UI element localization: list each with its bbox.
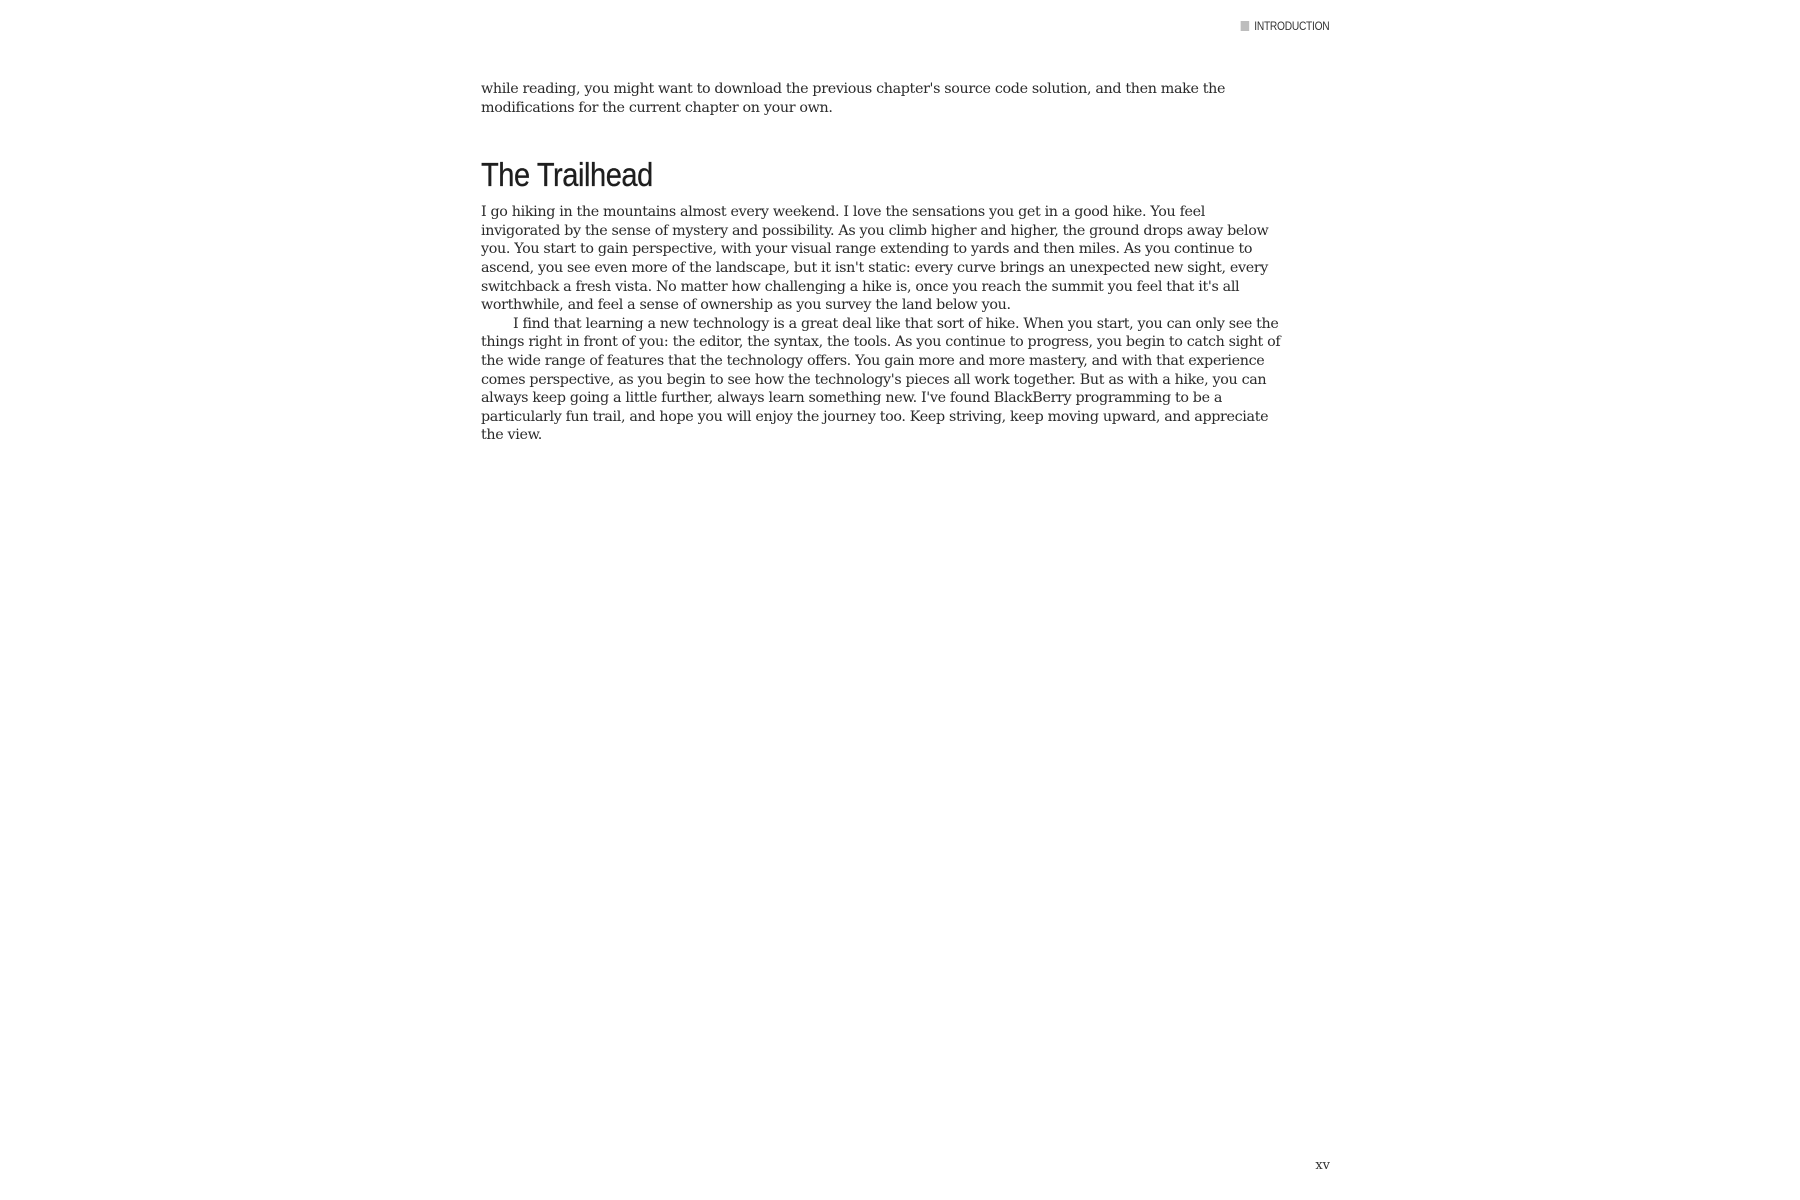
running-header-title: INTRODUCTION [1254, 19, 1329, 33]
body-paragraph: I go hiking in the mountains almost ever… [481, 203, 1331, 315]
header-square-icon [1240, 21, 1249, 31]
running-header: INTRODUCTION [1240, 19, 1329, 33]
page-content: while reading, you might want to downloa… [481, 80, 1331, 445]
body-paragraph: I find that learning a new technology is… [481, 315, 1331, 445]
intro-paragraph: while reading, you might want to downloa… [481, 80, 1331, 117]
page-number: xv [1315, 1158, 1330, 1173]
section-heading: The Trailhead [481, 157, 1229, 193]
